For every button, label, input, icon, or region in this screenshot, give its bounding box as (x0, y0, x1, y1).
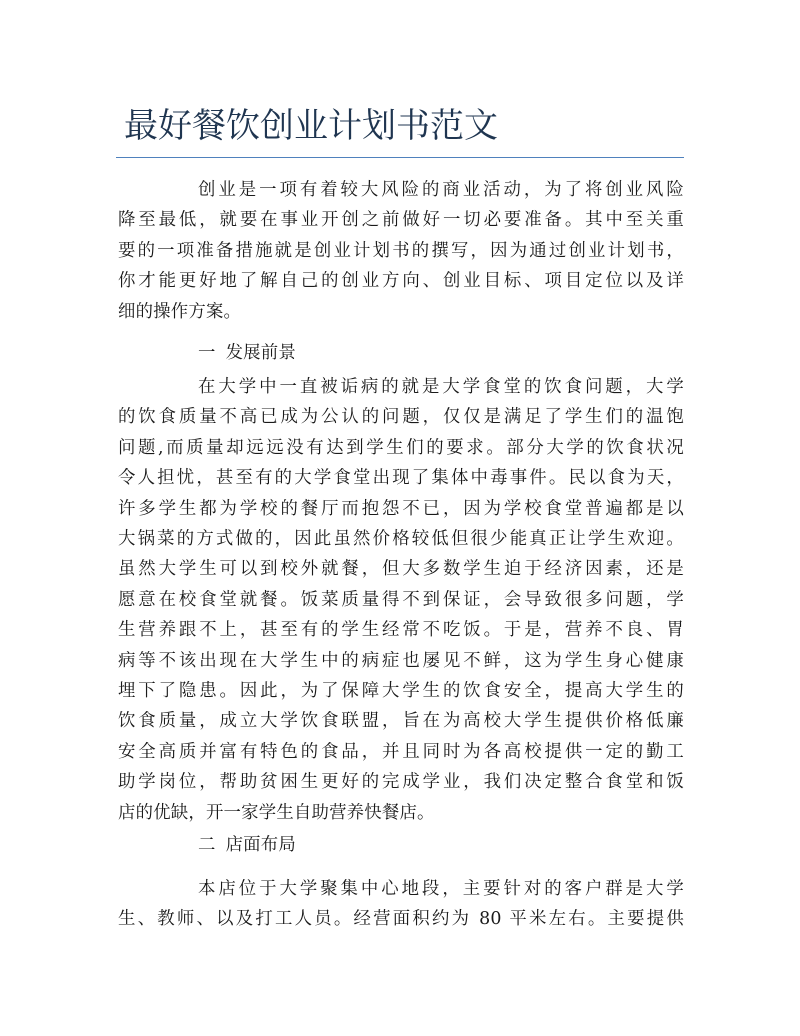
text-line: 大锅菜的方式做的，因此虽然价格较低但很少能真正让学生欢迎。 (118, 524, 684, 554)
section-number: 二 (198, 835, 216, 855)
text-line: 病等不该出现在大学生中的病症也屡见不鲜，这为学生身心健康 (118, 646, 684, 676)
document-page: 最好餐饮创业计划书范文 创业是一项有着较大风险的商业活动，为了将创业风险 降至最… (0, 0, 800, 1036)
text-line: 生、教师、以及打工人员。经营面积约为 80 平米左右。主要提供 (118, 904, 684, 934)
section-2-paragraph: 本店位于大学聚集中心地段，主要针对的客户群是大学 生、教师、以及打工人员。经营面… (118, 874, 684, 935)
text-line: 助学岗位，帮助贫困生更好的完成学业，我们决定整合食堂和饭 (118, 767, 684, 797)
text-line: 安全高质并富有特色的食品，并且同时为各高校提供一定的勤工 (118, 737, 684, 767)
text-line: 虽然大学生可以到校外就餐，但大多数学生迫于经济因素，还是 (118, 554, 684, 584)
text-line: 创业是一项有着较大风险的商业活动，为了将创业风险 (118, 175, 684, 205)
text-line: 降至最低，就要在事业开创之前做好一切必要准备。其中至关重 (118, 205, 684, 235)
section-number: 一 (198, 343, 216, 363)
section-heading-1: 一发展前景 (118, 338, 684, 368)
document-title: 最好餐饮创业计划书范文 (124, 100, 498, 152)
text-line: 在大学中一直被诟病的就是大学食堂的饮食问题，大学 (118, 372, 684, 402)
section-1-paragraph: 在大学中一直被诟病的就是大学食堂的饮食问题，大学 的饮食质量不高已成为公认的问题… (118, 372, 684, 828)
title-underline-rule (116, 157, 684, 158)
text-line: 店的优缺，开一家学生自助营养快餐店。 (118, 798, 684, 828)
intro-paragraph: 创业是一项有着较大风险的商业活动，为了将创业风险 降至最低，就要在事业开创之前做… (118, 175, 684, 327)
text-line: 埋下了隐患。因此，为了保障大学生的饮食安全，提高大学生的 (118, 676, 684, 706)
section-heading-text: 发展前景 (226, 343, 296, 363)
text-line: 问题,而质量却远远没有达到学生们的要求。部分大学的饮食状况 (118, 433, 684, 463)
section-heading-text: 店面布局 (226, 835, 296, 855)
text-line: 愿意在校食堂就餐。饭菜质量得不到保证，会导致很多问题，学 (118, 585, 684, 615)
section-heading-2: 二店面布局 (118, 830, 684, 860)
text-line: 令人担忧，甚至有的大学食堂出现了集体中毒事件。民以食为天， (118, 463, 684, 493)
text-line: 本店位于大学聚集中心地段，主要针对的客户群是大学 (118, 874, 684, 904)
text-line: 你才能更好地了解自己的创业方向、创业目标、项目定位以及详 (118, 266, 684, 296)
text-line: 细的操作方案。 (118, 297, 684, 327)
text-line: 许多学生都为学校的餐厅而抱怨不已，因为学校食堂普遍都是以 (118, 494, 684, 524)
text-line: 饮食质量，成立大学饮食联盟，旨在为高校大学生提供价格低廉 (118, 706, 684, 736)
text-line: 生营养跟不上，甚至有的学生经常不吃饭。于是，营养不良、胃 (118, 615, 684, 645)
text-line: 要的一项准备措施就是创业计划书的撰写，因为通过创业计划书， (118, 236, 684, 266)
text-line: 的饮食质量不高已成为公认的问题，仅仅是满足了学生们的温饱 (118, 402, 684, 432)
